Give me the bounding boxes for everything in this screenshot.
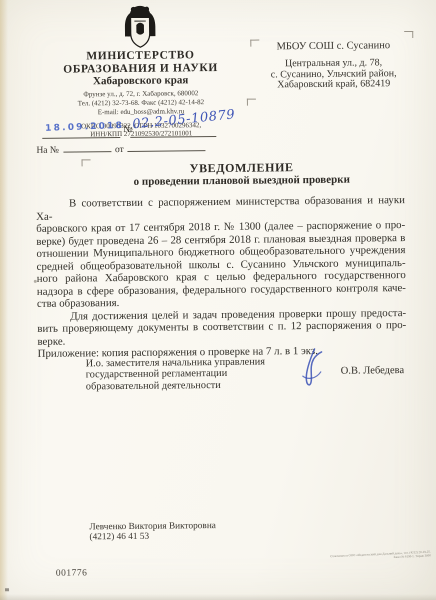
signer-position-block: И.о. заместителя начальника управления г… xyxy=(86,356,296,392)
number-sign-label: № xyxy=(123,124,133,135)
document-subtitle: о проведении плановой выездной проверки xyxy=(55,173,429,189)
signer-position-line3: образовательной деятельности xyxy=(86,379,296,392)
executor-block: Левченко Виктория Викторовна (4212) 46 4… xyxy=(89,521,216,543)
ministry-name-line3: Хабаровского края xyxy=(38,74,244,88)
handwritten-signature xyxy=(292,346,331,396)
ministry-name-line2: ОБРАЗОВАНИЯ И НАУКИ xyxy=(38,61,244,76)
scan-speck xyxy=(34,280,37,283)
field-corner-mark-right xyxy=(247,99,256,106)
addressee-block: МБОУ СОШ с. Сусанино Центральная ул., д.… xyxy=(247,40,420,92)
reply-number-blank xyxy=(63,141,111,153)
addressee-corner-mark-right xyxy=(404,31,413,38)
reply-reference-row: На №от xyxy=(36,140,205,156)
letter-content: МИНИСТЕРСТВО ОБРАЗОВАНИЯ И НАУКИ Хабаров… xyxy=(0,0,436,600)
form-number: 001776 xyxy=(56,568,88,578)
reply-number-label: На № xyxy=(36,146,59,156)
executor-name: Левченко Виктория Викторовна xyxy=(89,521,216,533)
signer-name: О.В. Лебедева xyxy=(341,365,405,377)
addressee-name: МБОУ СОШ с. Сусанино xyxy=(247,40,419,53)
letter-body: В соответствии с распоряжением министерс… xyxy=(36,194,407,360)
addressee-region-zip: Хабаровский край, 682419 xyxy=(248,79,420,91)
executor-phone: (4212) 46 41 53 xyxy=(89,531,216,543)
document-title-block: УВЕДОМЛЕНИЕ о проведении плановой выездн… xyxy=(55,160,429,189)
print-shop-note: Отпечатано в ООО «Издательский дом Дальн… xyxy=(288,551,431,565)
body-line: В соответствии с распоряжением министерс… xyxy=(36,194,405,223)
scan-speck xyxy=(5,588,9,591)
reply-from-label: от xyxy=(115,145,124,155)
scanned-letter-page: МИНИСТЕРСТВО ОБРАЗОВАНИЯ И НАУКИ Хабаров… xyxy=(0,0,436,600)
reply-date-blank xyxy=(128,140,206,152)
coat-of-arms-icon xyxy=(121,5,159,49)
